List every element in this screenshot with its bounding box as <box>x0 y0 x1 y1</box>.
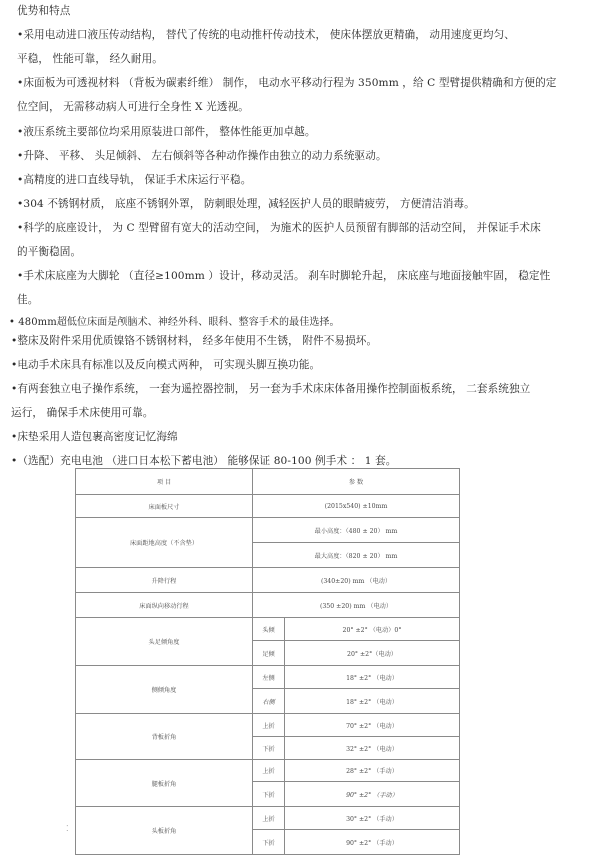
sub-value: 18° ±2° （电动） <box>285 689 460 714</box>
table-row: 背板折角 上折 70° ±2° （电动） <box>76 714 460 737</box>
sub-value: 90° ±2° （手动） <box>285 782 460 807</box>
sub-label: 上折 <box>253 807 285 830</box>
table-header-row: 项 目 参 数 <box>76 469 460 495</box>
table-row: 床面距地高度（不含垫） 最小高度：（480 ± 20） mm <box>76 518 460 543</box>
sub-label: 左侧 <box>253 666 285 689</box>
feature-bullet: •高精度的进口直线导轨， 保证手术床运行平稳。 <box>17 173 251 187</box>
sub-value: 28° ±2° （手动） <box>285 760 460 782</box>
row-label: 背板折角 <box>76 714 253 760</box>
sub-label: 头倾 <box>253 618 285 641</box>
row-label: 床面板尺寸 <box>76 495 253 518</box>
row-value: (2015x540) ±10mm <box>253 495 460 518</box>
spec-table: 项 目 参 数 床面板尺寸 (2015x540) ±10mm 床面距地高度（不含… <box>75 468 460 855</box>
sub-label: 下折 <box>253 782 285 807</box>
feature-bullet-continued: 位空间， 无需移动病人可进行全身性 X 光透视。 <box>17 100 249 114</box>
margin-mark: ⁚ <box>66 825 69 833</box>
sub-label: 下折 <box>253 737 285 760</box>
header-item: 项 目 <box>76 469 253 495</box>
feature-bullet: •液压系统主要部位均采用原装进口部件， 整体性能更加卓越。 <box>17 125 316 139</box>
row-label: 侧倾角度 <box>76 666 253 714</box>
row-value-max: 最大高度：（820 ± 20） mm <box>253 543 460 568</box>
feature-bullet-continued: 运行， 确保手术床使用可靠。 <box>11 406 154 420</box>
table-row: 腿板折角 上折 28° ±2° （手动） <box>76 760 460 782</box>
sub-value: 18° ±2° （电动） <box>285 666 460 689</box>
feature-bullet: •有两套独立电子操作系统， 一套为遥控器控制， 另一套为手术床床体备用操作控制面… <box>11 382 530 396</box>
feature-bullet: •304 不锈钢材质， 底座不锈钢外罩， 防刺眼处理，减轻医护人员的眼睛疲劳， … <box>17 197 475 211</box>
feature-bullet: •升降、 平移、 头足倾斜、 左右倾斜等各种动作操作由独立的动力系统驱动。 <box>17 149 387 163</box>
feature-bullet: •整床及附件采用优质镍铬不锈钢材料， 经多年使用不生锈， 附件不易损坏。 <box>11 334 377 348</box>
sub-label: 右侧 <box>253 689 285 714</box>
row-label: 升降行程 <box>76 568 253 593</box>
sub-value: 90° ±2° （手动） <box>285 830 460 855</box>
feature-bullet: •床垫采用人造包裹高密度记忆海绵 <box>11 430 178 444</box>
feature-bullet: •科学的底座设计， 为 C 型臂留有宽大的活动空间， 为施术的医护人员预留有脚部… <box>17 221 541 235</box>
sub-value: 20° ±2°（电动） <box>285 641 460 666</box>
feature-bullet: •床面板为可透视材料 （背板为碳素纤维） 制作， 电动水平移动行程为 350mm… <box>17 76 556 90</box>
feature-bullet-continued: 的平衡稳固。 <box>17 245 81 259</box>
table-row: 床面板尺寸 (2015x540) ±10mm <box>76 495 460 518</box>
sub-label: 下折 <box>253 830 285 855</box>
feature-bullet-continued: 平稳， 性能可靠， 经久耐用。 <box>17 52 163 66</box>
row-label: 头板折角 <box>76 807 253 855</box>
feature-bullet: •电动手术床具有标准以及反向模式两种， 可实现头脚互换功能。 <box>11 358 320 372</box>
feature-bullet: • 480mm超低位床面是颅脑术、神经外科、眼科、整容手术的最佳选择。 <box>9 316 340 330</box>
table-row: 升降行程 (340±20) mm （电动） <box>76 568 460 593</box>
table-row: 头足倾角度 头倾 20° ±2° （电动）0° <box>76 618 460 641</box>
row-value: (340±20) mm （电动） <box>253 568 460 593</box>
row-value: (350 ±20) mm （电动） <box>253 593 460 618</box>
sub-value: 32° ±2° （电动） <box>285 737 460 760</box>
sub-label: 上折 <box>253 760 285 782</box>
row-label: 头足倾角度 <box>76 618 253 666</box>
feature-bullet: •手术床底座为大脚轮 （直径≥100mm ）设计，移动灵活。 刹车时脚轮升起， … <box>17 269 550 283</box>
row-label: 床面纵向移动行程 <box>76 593 253 618</box>
row-value-min: 最小高度：（480 ± 20） mm <box>253 518 460 543</box>
row-label: 床面距地高度（不含垫） <box>76 518 253 568</box>
feature-bullet-continued: 佳。 <box>17 293 38 307</box>
section-title: 优势和特点 <box>17 4 70 18</box>
sub-value: 20° ±2° （电动）0° <box>285 618 460 641</box>
sub-value: 70° ±2° （电动） <box>285 714 460 737</box>
table-row: 床面纵向移动行程 (350 ±20) mm （电动） <box>76 593 460 618</box>
option-bullet: •（选配）充电电池 （进口日本松下蓄电池） 能够保证 80-100 例手术 ： … <box>11 454 396 468</box>
row-label: 腿板折角 <box>76 760 253 807</box>
sub-label: 上折 <box>253 714 285 737</box>
sub-value: 30° ±2° （手动） <box>285 807 460 830</box>
table-row: 侧倾角度 左侧 18° ±2° （电动） <box>76 666 460 689</box>
sub-label: 足倾 <box>253 641 285 666</box>
table-row: 头板折角 上折 30° ±2° （手动） <box>76 807 460 830</box>
header-param: 参 数 <box>253 469 460 495</box>
feature-bullet: •采用电动进口液压传动结构， 替代了传统的电动推杆传动技术， 使床体摆放更精确，… <box>17 28 515 42</box>
